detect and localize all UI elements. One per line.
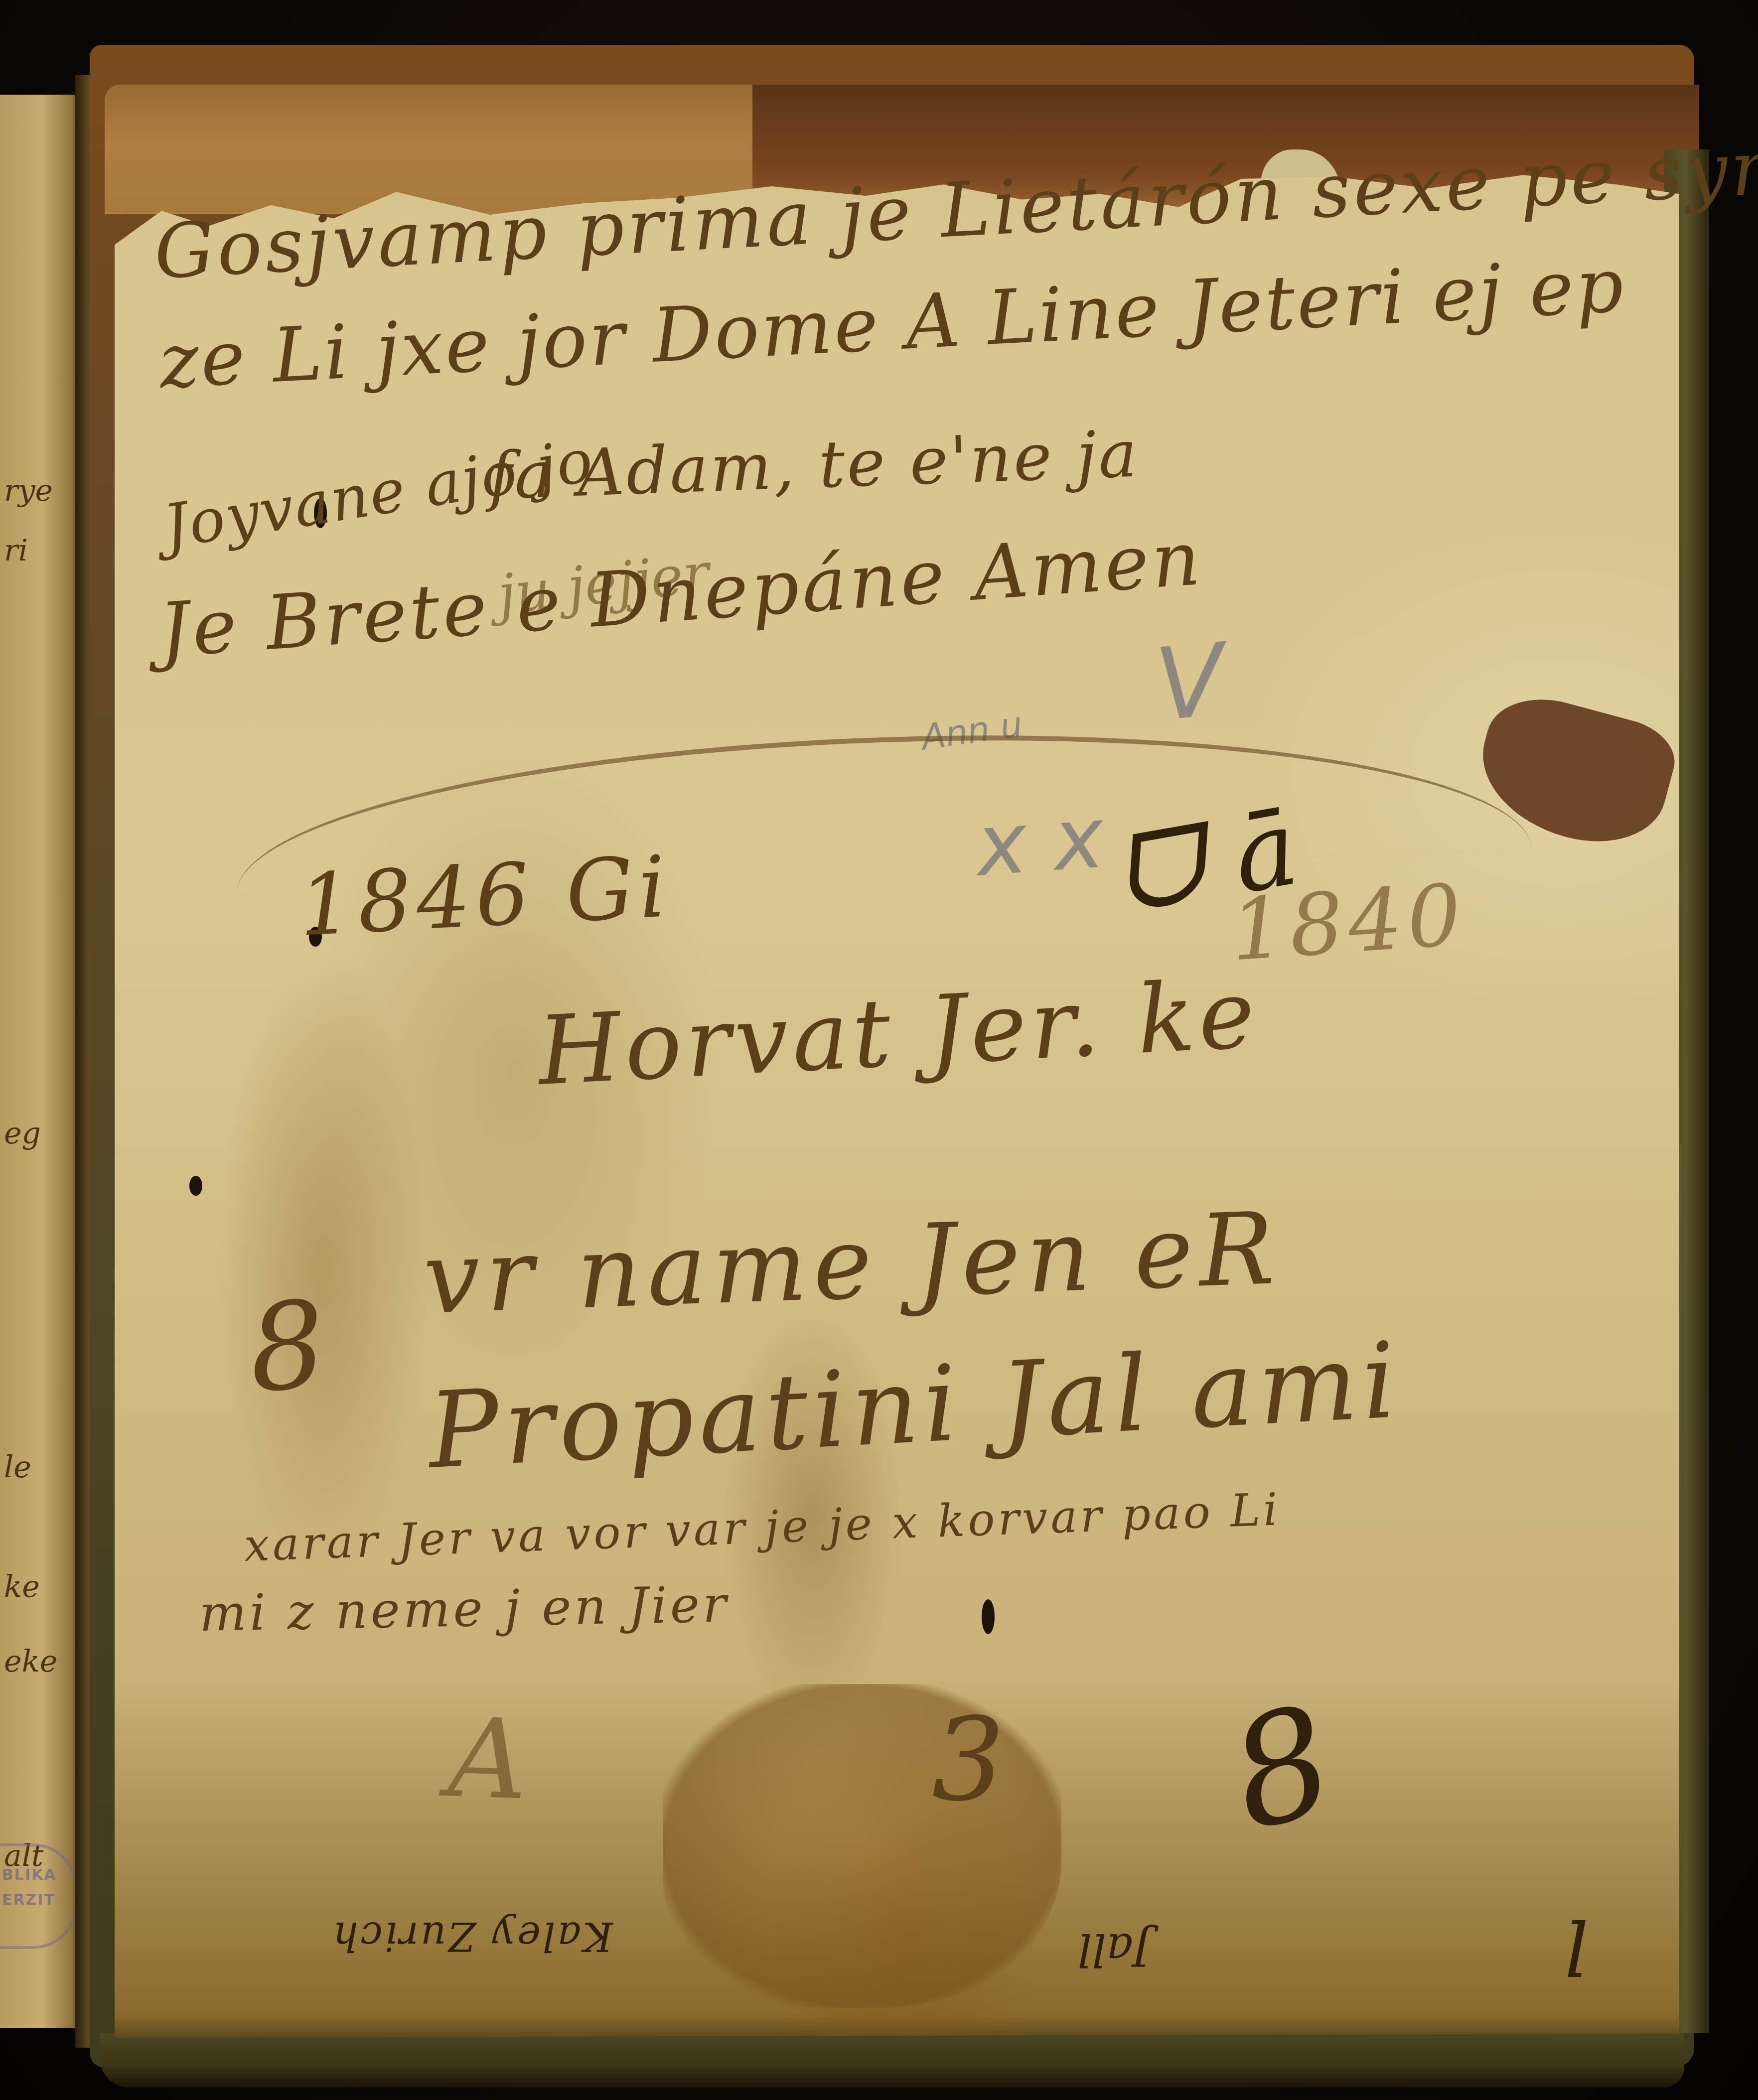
library-stamp: BLIKA ERZIT <box>0 1843 78 1949</box>
ink-mark <box>982 1599 995 1634</box>
worm-hole <box>189 1176 202 1196</box>
left-page-fragment: ke <box>4 1569 40 1604</box>
inverted-text-2: Jall <box>1078 1923 1151 1975</box>
stamp-line-2: ERZIT <box>2 1891 55 1909</box>
numeral-mark-3: 3 <box>932 1694 1005 1827</box>
inverted-text-1: Kaley Zurich <box>331 1913 613 1960</box>
left-page-fragment: eke <box>4 1644 57 1679</box>
left-page-fragment: ri <box>4 533 28 568</box>
pencil-crosses: x x <box>973 788 1107 895</box>
left-page-fragment: le <box>4 1450 31 1485</box>
left-facing-page: rye ri eg le ke eke alt <box>0 95 85 2028</box>
left-page-fragment: eg <box>4 1116 41 1151</box>
pencil-mark: V <box>1151 622 1229 744</box>
left-page-fragment: rye <box>4 473 53 508</box>
handwritten-line-10: mi z neme j en Jier <box>199 1575 730 1643</box>
letter-mark-a: A <box>446 1694 530 1824</box>
digit-eight-left: 8 <box>243 1274 331 1419</box>
ink-stroke-mark: l <box>1565 1908 1589 1995</box>
stamp-line-1: BLIKA <box>2 1866 57 1884</box>
cover-bottom-edge <box>100 2033 1684 2088</box>
date-left: 1846 Gi <box>296 838 673 956</box>
date-right: 1840 <box>1227 865 1469 980</box>
